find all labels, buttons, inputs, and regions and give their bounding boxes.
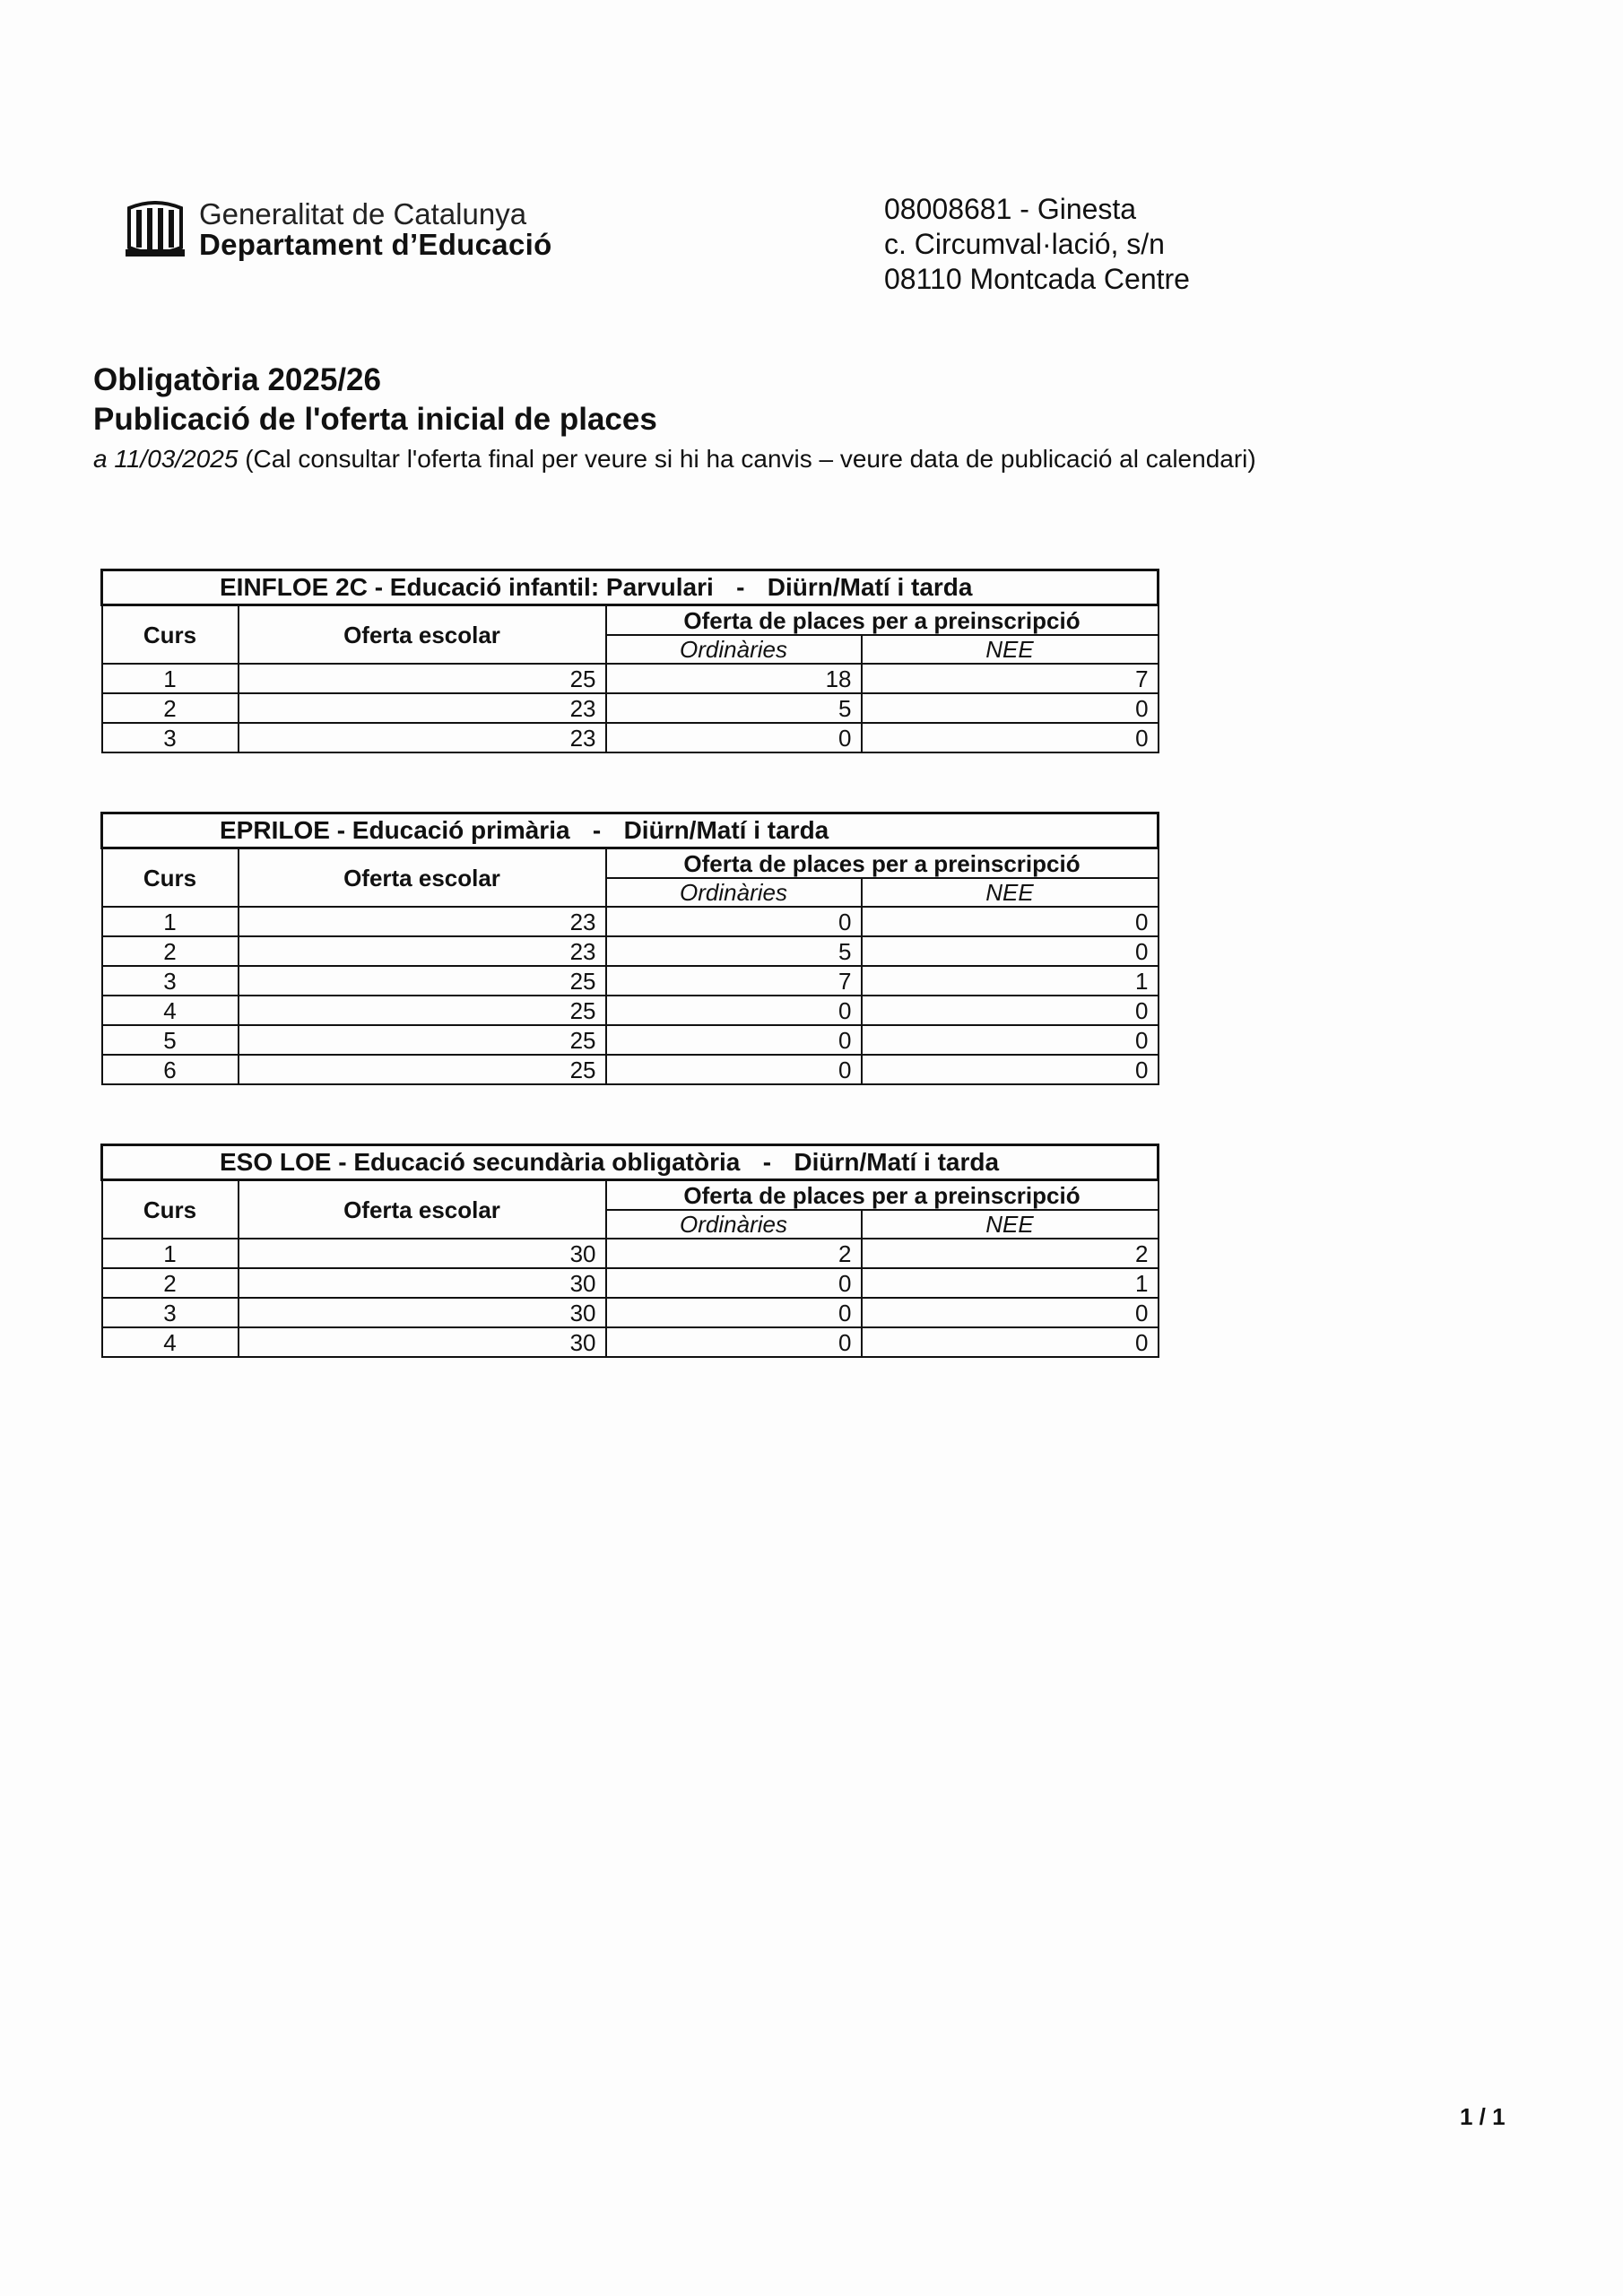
- address-line-1: c. Circumval·lació, s/n: [884, 227, 1190, 262]
- cell-curs: 4: [102, 1327, 239, 1357]
- offer-table-eso: ESO LOE - Educació secundària obligatòri…: [100, 1144, 1159, 1358]
- cell-curs: 1: [102, 664, 239, 693]
- cell-ordinaries: 0: [606, 1298, 862, 1327]
- table-row: 12300: [102, 907, 1159, 936]
- table-title: ESO LOE - Educació secundària obligatòri…: [102, 1145, 1159, 1180]
- school-code-name: 08008681 - Ginesta: [884, 192, 1190, 227]
- col-header-oferta-escolar: Oferta escolar: [239, 848, 606, 908]
- col-header-nee: NEE: [862, 878, 1159, 907]
- cell-nee: 0: [862, 996, 1159, 1025]
- cell-nee: 0: [862, 1055, 1159, 1084]
- cell-ordinaries: 0: [606, 1055, 862, 1084]
- col-header-nee: NEE: [862, 635, 1159, 664]
- cell-nee: 0: [862, 1298, 1159, 1327]
- table-row: 42500: [102, 996, 1159, 1025]
- cell-nee: 0: [862, 936, 1159, 966]
- cell-nee: 0: [862, 1327, 1159, 1357]
- col-header-ordinaries: Ordinàries: [606, 1210, 862, 1239]
- col-header-oferta-preinscripcio: Oferta de places per a preinscripció: [606, 1180, 1159, 1211]
- cell-oferta-escolar: 25: [239, 966, 606, 996]
- col-header-oferta-escolar: Oferta escolar: [239, 605, 606, 665]
- col-header-ordinaries: Ordinàries: [606, 878, 862, 907]
- table-row: 62500: [102, 1055, 1159, 1084]
- offer-table-infantil: EINFLOE 2C - Educació infantil: Parvular…: [100, 569, 1159, 753]
- cell-curs: 1: [102, 907, 239, 936]
- cell-ordinaries: 5: [606, 936, 862, 966]
- table-row: 125187: [102, 664, 1159, 693]
- col-header-oferta-escolar: Oferta escolar: [239, 1180, 606, 1239]
- cell-oferta-escolar: 25: [239, 1055, 606, 1084]
- table-row: 22350: [102, 693, 1159, 723]
- table-row: 32300: [102, 723, 1159, 752]
- col-header-curs: Curs: [102, 605, 239, 665]
- cell-curs: 1: [102, 1239, 239, 1268]
- table-course-code: ESO LOE - Educació secundària obligatòri…: [220, 1148, 740, 1176]
- table-title: EINFLOE 2C - Educació infantil: Parvular…: [102, 570, 1159, 605]
- cell-ordinaries: 0: [606, 1025, 862, 1055]
- cell-nee: 0: [862, 723, 1159, 752]
- cell-curs: 3: [102, 966, 239, 996]
- cell-oferta-escolar: 25: [239, 664, 606, 693]
- col-header-curs: Curs: [102, 1180, 239, 1239]
- cell-nee: 2: [862, 1239, 1159, 1268]
- table-row: 13022: [102, 1239, 1159, 1268]
- col-header-oferta-preinscripcio: Oferta de places per a preinscripció: [606, 605, 1159, 636]
- cell-curs: 2: [102, 936, 239, 966]
- publication-note-text: (Cal consultar l'oferta final per veure …: [245, 445, 1256, 473]
- cell-nee: 1: [862, 1268, 1159, 1298]
- cell-ordinaries: 0: [606, 907, 862, 936]
- table-schedule: Diürn/Matí i tarda: [624, 816, 829, 844]
- table-schedule: Diürn/Matí i tarda: [768, 573, 973, 601]
- header-org-block: Generalitat de Catalunya Departament d’E…: [124, 199, 552, 260]
- col-header-oferta-preinscripcio: Oferta de places per a preinscripció: [606, 848, 1159, 879]
- cell-curs: 4: [102, 996, 239, 1025]
- publication-date: a 11/03/2025: [93, 445, 238, 473]
- table-row: 52500: [102, 1025, 1159, 1055]
- cell-ordinaries: 0: [606, 996, 862, 1025]
- cell-nee: 1: [862, 966, 1159, 996]
- page-number: 1 / 1: [1460, 2103, 1506, 2131]
- cell-oferta-escolar: 30: [239, 1298, 606, 1327]
- cell-oferta-escolar: 23: [239, 693, 606, 723]
- cell-curs: 5: [102, 1025, 239, 1055]
- document-title: Obligatòria 2025/26: [93, 361, 1256, 400]
- cell-oferta-escolar: 30: [239, 1327, 606, 1357]
- table-title-separator: -: [570, 817, 624, 844]
- cell-nee: 7: [862, 664, 1159, 693]
- col-header-curs: Curs: [102, 848, 239, 908]
- cell-nee: 0: [862, 907, 1159, 936]
- cell-ordinaries: 0: [606, 1268, 862, 1298]
- table-title-separator: -: [740, 1149, 794, 1176]
- cell-curs: 2: [102, 693, 239, 723]
- cell-nee: 0: [862, 1025, 1159, 1055]
- document-titles: Obligatòria 2025/26 Publicació de l'ofer…: [93, 361, 1256, 475]
- offer-table-primaria: EPRILOE - Educació primària-Diürn/Matí i…: [100, 812, 1159, 1085]
- cell-nee: 0: [862, 693, 1159, 723]
- table-row: 43000: [102, 1327, 1159, 1357]
- table-title: EPRILOE - Educació primària-Diürn/Matí i…: [102, 813, 1159, 848]
- school-address-block: 08008681 - Ginesta c. Circumval·lació, s…: [884, 192, 1190, 297]
- table-row: 22350: [102, 936, 1159, 966]
- table-schedule: Diürn/Matí i tarda: [794, 1148, 999, 1176]
- address-line-2: 08110 Montcada Centre: [884, 262, 1190, 297]
- document-subtitle: Publicació de l'oferta inicial de places: [93, 400, 1256, 439]
- table-course-code: EINFLOE 2C - Educació infantil: Parvular…: [220, 573, 714, 601]
- cell-ordinaries: 2: [606, 1239, 862, 1268]
- cell-ordinaries: 5: [606, 693, 862, 723]
- cell-curs: 3: [102, 1298, 239, 1327]
- cell-ordinaries: 0: [606, 1327, 862, 1357]
- cell-curs: 6: [102, 1055, 239, 1084]
- table-row: 33000: [102, 1298, 1159, 1327]
- table-course-code: EPRILOE - Educació primària: [220, 816, 570, 844]
- cell-oferta-escolar: 25: [239, 996, 606, 1025]
- cell-oferta-escolar: 23: [239, 723, 606, 752]
- cell-oferta-escolar: 25: [239, 1025, 606, 1055]
- cell-oferta-escolar: 30: [239, 1239, 606, 1268]
- cell-oferta-escolar: 23: [239, 907, 606, 936]
- cell-curs: 3: [102, 723, 239, 752]
- department-name: Departament d’Educació: [199, 230, 552, 260]
- generalitat-logo-icon: [124, 201, 187, 260]
- cell-oferta-escolar: 30: [239, 1268, 606, 1298]
- table-title-separator: -: [714, 574, 768, 601]
- col-header-ordinaries: Ordinàries: [606, 635, 862, 664]
- cell-ordinaries: 7: [606, 966, 862, 996]
- publication-note: a 11/03/2025 (Cal consultar l'oferta fin…: [93, 443, 1256, 475]
- cell-oferta-escolar: 23: [239, 936, 606, 966]
- table-row: 32571: [102, 966, 1159, 996]
- cell-ordinaries: 0: [606, 723, 862, 752]
- org-name: Generalitat de Catalunya: [199, 199, 552, 230]
- cell-curs: 2: [102, 1268, 239, 1298]
- table-row: 23001: [102, 1268, 1159, 1298]
- cell-ordinaries: 18: [606, 664, 862, 693]
- col-header-nee: NEE: [862, 1210, 1159, 1239]
